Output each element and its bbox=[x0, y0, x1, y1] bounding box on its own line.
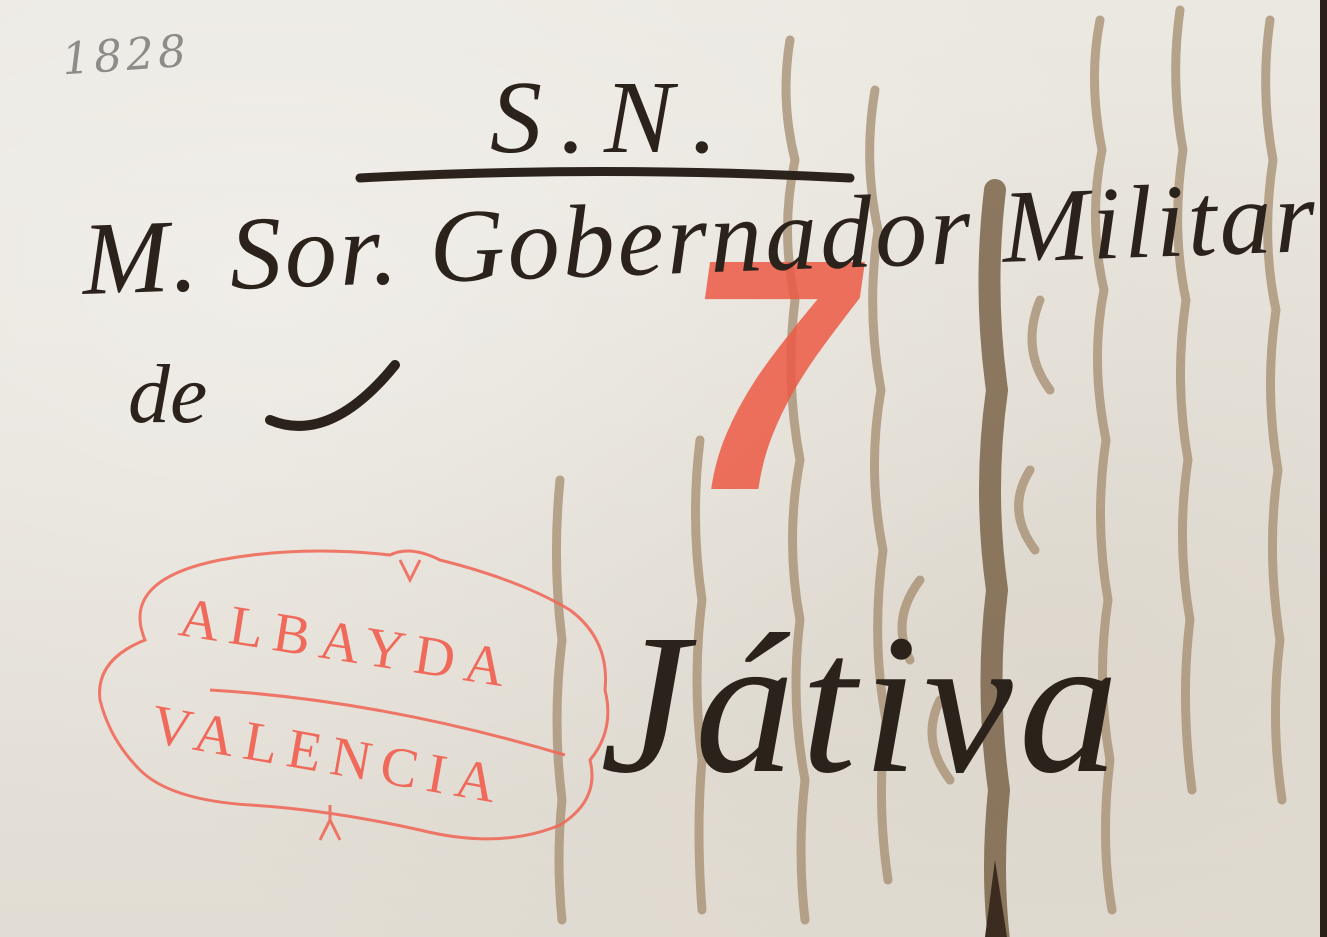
letter-cover: 1828 7 S.N. M. Sor. Gobernador Militar d… bbox=[0, 0, 1327, 937]
postmark-frame bbox=[0, 0, 1327, 937]
